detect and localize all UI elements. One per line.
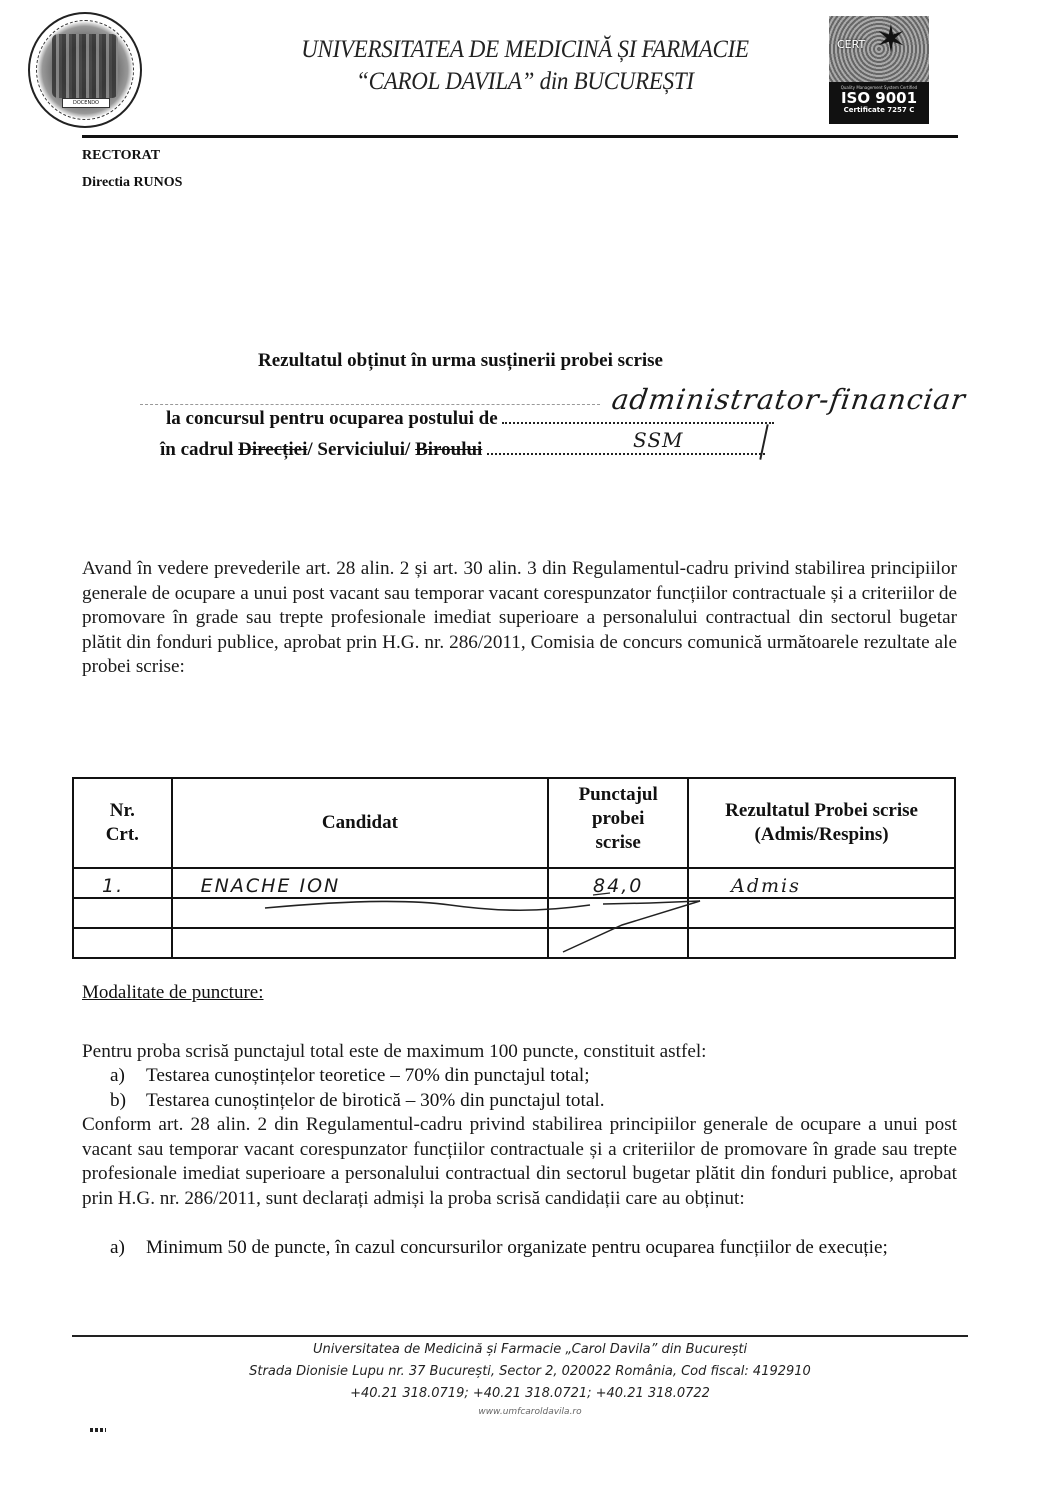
cell-result bbox=[688, 928, 955, 958]
seal-motto: DOCENDO DISCIMUS bbox=[62, 98, 110, 108]
scoring-heading: Modalitate de puncture: bbox=[82, 981, 264, 1005]
cell-candidate bbox=[172, 928, 549, 958]
admission-item: a) Minimum 50 de puncte, în cazul concur… bbox=[110, 1236, 956, 1261]
cell-score bbox=[548, 898, 688, 928]
list-marker: a) bbox=[110, 1064, 146, 1089]
handwritten-cancel-strokes bbox=[0, 0, 1058, 1497]
intro-paragraph: Avand în vedere prevederile art. 28 alin… bbox=[82, 557, 957, 680]
handwritten-unit: SSM bbox=[633, 428, 684, 452]
header-nr-line: Crt. bbox=[74, 823, 171, 847]
footer-website-link[interactable]: www.umfcaroldavila.ro bbox=[100, 1405, 960, 1419]
admission-paragraph: Conform art. 28 alin. 2 din Regulamentul… bbox=[82, 1113, 957, 1211]
cell-nr bbox=[73, 898, 172, 928]
seal-building-image bbox=[52, 34, 118, 98]
list-marker: b) bbox=[110, 1089, 146, 1114]
header-score-line: scrise bbox=[549, 831, 687, 855]
scoring-intro: Pentru proba scrisă punctajul total este… bbox=[82, 1040, 957, 1065]
table-row bbox=[73, 898, 955, 928]
list-marker: a) bbox=[110, 1236, 146, 1261]
institution-name-line2: “CAROL DAVILA” din BUCUREȘTI bbox=[226, 66, 824, 98]
header-divider bbox=[82, 135, 958, 138]
document-title: Rezultatul obținut în urma susținerii pr… bbox=[258, 349, 663, 373]
iso-certificate-number: Certificate 7257 C bbox=[829, 106, 929, 115]
list-text: Minimum 50 de puncte, în cazul concursur… bbox=[146, 1236, 888, 1261]
cell-nr: 1. bbox=[73, 868, 172, 898]
iso-standard: ISO 9001 bbox=[829, 91, 929, 106]
university-seal-logo: DOCENDO DISCIMUS bbox=[28, 12, 142, 128]
department-label: RECTORAT bbox=[82, 147, 160, 165]
footer-divider bbox=[72, 1335, 968, 1337]
scoring-item: b) Testarea cunoștințelor de birotică – … bbox=[110, 1089, 605, 1114]
institution-name-line1: UNIVERSITATEA DE MEDICINĂ ȘI FARMACIE bbox=[226, 34, 824, 66]
cell-candidate: ENACHE ION bbox=[172, 868, 549, 898]
iso-badge-graphic: CERT ✶ bbox=[829, 16, 929, 82]
scan-artifact bbox=[90, 1428, 106, 1432]
table-row: 1. ENACHE ION 84,0 Admis bbox=[73, 868, 955, 898]
iso-badge-label: Quality Management System Certified ISO … bbox=[829, 82, 929, 124]
list-text: Testarea cunoștințelor teoretice – 70% d… bbox=[146, 1064, 590, 1089]
institution-name: UNIVERSITATEA DE MEDICINĂ ȘI FARMACIE “C… bbox=[226, 34, 824, 98]
header-score-line: Punctajul bbox=[549, 783, 687, 807]
unit-prefix-2: / Serviciului/ bbox=[307, 439, 415, 460]
header-result-line: (Admis/Respins) bbox=[689, 823, 954, 847]
header-result-line: Rezultatul Probei scrise bbox=[689, 799, 954, 823]
header-nr: Nr. Crt. bbox=[73, 778, 172, 868]
cell-result: Admis bbox=[688, 868, 955, 898]
results-table: Nr. Crt. Candidat Punctajul probei scris… bbox=[72, 777, 956, 959]
header-score: Punctajul probei scrise bbox=[548, 778, 688, 868]
table-header-row: Nr. Crt. Candidat Punctajul probei scris… bbox=[73, 778, 955, 868]
iso-cert-label: CERT bbox=[837, 38, 865, 51]
position-prefix: la concursul pentru ocuparea postului de bbox=[166, 408, 498, 429]
unit-fill-line bbox=[487, 437, 765, 455]
footer-phones: +40.21 318.0719; +40.21 318.0721; +40.21… bbox=[100, 1384, 960, 1404]
header-candidate: Candidat bbox=[172, 778, 549, 868]
iso-certification-badge: CERT ✶ Quality Management System Certifi… bbox=[829, 16, 929, 124]
unit-struck-birou: Biroului bbox=[415, 439, 482, 460]
unit-struck-directie: Direcției bbox=[238, 439, 307, 460]
table-row bbox=[73, 928, 955, 958]
header-result: Rezultatul Probei scrise (Admis/Respins) bbox=[688, 778, 955, 868]
handwritten-position: administrator-financiar bbox=[610, 384, 968, 416]
cell-nr bbox=[73, 928, 172, 958]
footer-address: Strada Dionisie Lupu nr. 37 București, S… bbox=[100, 1362, 960, 1382]
cell-score bbox=[548, 928, 688, 958]
footer-institution: Universitatea de Medicină și Farmacie „C… bbox=[100, 1340, 960, 1360]
unit-prefix-1: în cadrul bbox=[160, 439, 238, 460]
star-icon: ✶ bbox=[875, 20, 907, 60]
directorate-label: Directia RUNOS bbox=[82, 174, 182, 192]
scoring-item: a) Testarea cunoștințelor teoretice – 70… bbox=[110, 1064, 590, 1089]
dashed-divider bbox=[140, 404, 600, 405]
header-nr-line: Nr. bbox=[74, 799, 171, 823]
cell-result bbox=[688, 898, 955, 928]
cell-candidate bbox=[172, 898, 549, 928]
cell-score: 84,0 bbox=[548, 868, 688, 898]
header-score-line: probei bbox=[549, 807, 687, 831]
list-text: Testarea cunoștințelor de birotică – 30%… bbox=[146, 1089, 605, 1114]
